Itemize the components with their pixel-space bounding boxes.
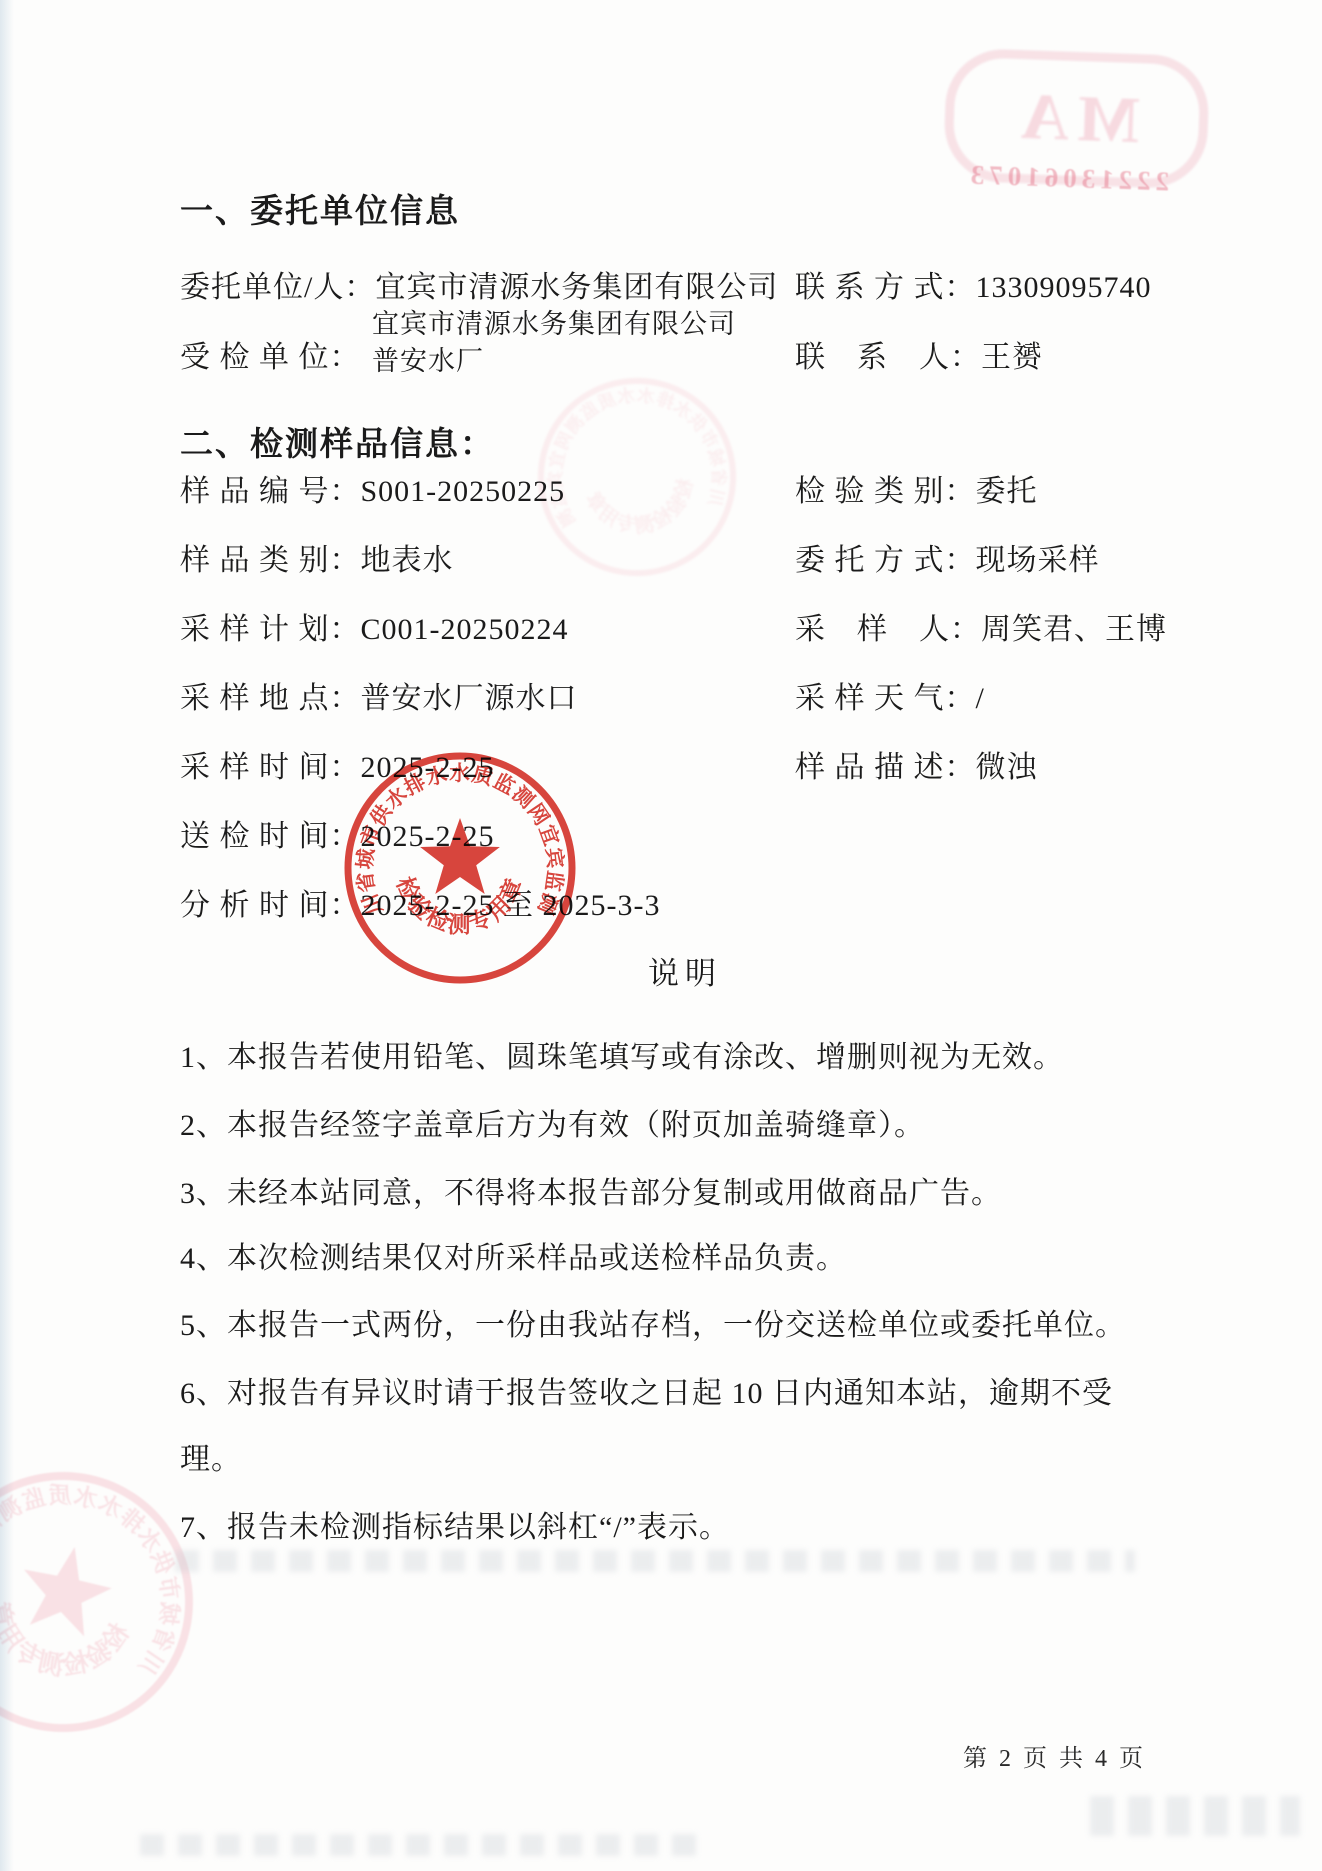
contact-person-row: 联 系 人：王赟	[795, 332, 1043, 376]
note-line: 5、本报告一式两份，一份由我站存档，一份交送检单位或委托单位。	[180, 1300, 1126, 1344]
field-label: 样 品 类 别：	[180, 544, 361, 577]
field-label: 样 品 编 号：	[180, 475, 361, 508]
sample-row-right: 样 品 描 述：微浊	[795, 742, 1038, 786]
field-value: 现场采样	[976, 544, 1100, 577]
inspected-unit-label: 受 检 单 位：	[180, 332, 361, 376]
field-value: 地表水	[361, 544, 454, 577]
ghost-seal-stamp-top: 四川省城市供水排水水质监测网宜宾监测站 检验检测专用章	[521, 361, 754, 594]
note-line: 3、未经本站同意，不得将本报告部分复制或用做商品广告。	[180, 1168, 1002, 1212]
sample-row-right: 采 样 人：周笑君、王博	[795, 604, 1167, 648]
contact-method-label: 联 系 方 式：	[795, 271, 976, 304]
field-label: 采 样 计 划：	[180, 613, 361, 646]
field-value: 委托	[976, 475, 1038, 508]
report-page: MA 22213061073 一、委托单位信息 委托单位/人：宜宾市清源水务集团…	[0, 0, 1322, 1871]
inspected-unit-value-line1: 宜宾市清源水务集团有限公司	[372, 306, 736, 343]
contact-person-label: 联 系 人：	[795, 341, 981, 374]
field-value: C001-20250224	[361, 613, 569, 646]
svg-text:四川省城市供水排水水质监测网宜宾监测站: 四川省城市供水排水水质监测网宜宾监测站	[340, 748, 568, 918]
note-line: 7、报告未检测指标结果以斜杠“/”表示。	[180, 1502, 730, 1546]
field-value: 微浊	[976, 751, 1038, 784]
ghost-seal-graphic: 四川省城市供水排水水质监测网宜宾监测站 检验检测专用章	[521, 361, 754, 594]
note-line: 理。	[180, 1434, 242, 1478]
note-line: 2、本报告经签字盖章后方为有效（附页加盖骑缝章）。	[180, 1100, 925, 1144]
note-line: 4、本次检测结果仅对所采样品或送检样品负责。	[180, 1233, 847, 1277]
sample-row-left: 采 样 计 划：C001-20250224	[180, 604, 569, 648]
field-label: 委 托 方 式：	[795, 544, 976, 577]
seal-ring-text: 四川省城市供水排水水质监测网宜宾监测站	[529, 361, 753, 533]
note-line: 1、本报告若使用铅笔、圆珠笔填写或有涂改、增删则视为无效。	[180, 1032, 1064, 1076]
client-value: 宜宾市清源水务集团有限公司	[375, 271, 778, 304]
field-value: 周笑君、王博	[981, 613, 1167, 646]
contact-person-value: 王赟	[981, 341, 1043, 374]
section-client-heading: 一、委托单位信息	[180, 185, 460, 232]
ghost-seal-stamp-bottom-left: 四川省城市供水排水水质监测网宜宾监测站 检验检测专用章	[0, 1442, 223, 1762]
svg-text:四川省城市供水排水水质监测网宜宾监测站: 四川省城市供水排水水质监测网宜宾监测站	[529, 361, 753, 533]
field-label: 采 样 地 点：	[180, 682, 361, 715]
field-label: 采 样 人：	[795, 613, 981, 646]
page-number: 第 2 页 共 4 页	[963, 1738, 1146, 1773]
svg-text:检验检测专用章: 检验检测专用章	[392, 873, 529, 937]
cma-mark-letters: MA	[1012, 78, 1141, 158]
bleed-through-text	[140, 1834, 710, 1856]
seal-star-icon	[13, 1538, 119, 1640]
bleed-through-text	[1090, 1796, 1300, 1836]
svg-text:检验检测专用章: 检验检测专用章	[579, 473, 704, 545]
seal-graphic: 四川省城市供水排水水质监测网宜宾监测站 检验检测专用章	[340, 748, 580, 988]
client-label: 委托单位/人：	[180, 271, 375, 304]
field-label: 采 样 天 气：	[795, 682, 976, 715]
section-sample-heading: 二、检测样品信息：	[180, 418, 495, 465]
note-line: 6、对报告有异议时请于报告签收之日起 10 日内通知本站，逾期不受	[180, 1368, 1113, 1412]
ghost-seal-graphic: 四川省城市供水排水水质监测网宜宾监测站 检验检测专用章	[0, 1442, 223, 1762]
field-label: 样 品 描 述：	[795, 751, 976, 784]
field-value: 普安水厂源水口	[361, 682, 578, 715]
sample-row-left: 样 品 类 别：地表水	[180, 535, 454, 579]
field-value: /	[976, 682, 985, 715]
client-row: 委托单位/人：宜宾市清源水务集团有限公司	[180, 262, 778, 306]
field-label: 分 析 时 间：	[180, 889, 361, 922]
field-label: 检 验 类 别：	[795, 475, 976, 508]
seal-star-icon	[420, 818, 500, 894]
sample-row-right: 检 验 类 别：委托	[795, 466, 1038, 510]
sample-row-right: 采 样 天 气：/	[795, 673, 985, 717]
inspection-seal-stamp: 四川省城市供水排水水质监测网宜宾监测站 检验检测专用章	[340, 748, 580, 988]
seal-ring-text: 四川省城市供水排水水质监测网宜宾监测站	[340, 748, 568, 918]
contact-method-row: 联 系 方 式：13309095740	[795, 262, 1152, 306]
bleed-through-text	[175, 1550, 1135, 1572]
sample-row-right: 委 托 方 式：现场采样	[795, 535, 1100, 579]
sample-row-left: 采 样 地 点：普安水厂源水口	[180, 673, 578, 717]
sample-row-left: 样 品 编 号：S001-20250225	[180, 466, 565, 510]
field-label: 采 样 时 间：	[180, 751, 361, 784]
field-label: 送 检 时 间：	[180, 820, 361, 853]
notes-heading: 说明	[180, 948, 1190, 993]
seal-bottom-text: 检验检测专用章	[392, 873, 529, 937]
contact-method-value: 13309095740	[976, 271, 1152, 304]
seal-bottom-text: 检验检测专用章	[579, 473, 704, 545]
